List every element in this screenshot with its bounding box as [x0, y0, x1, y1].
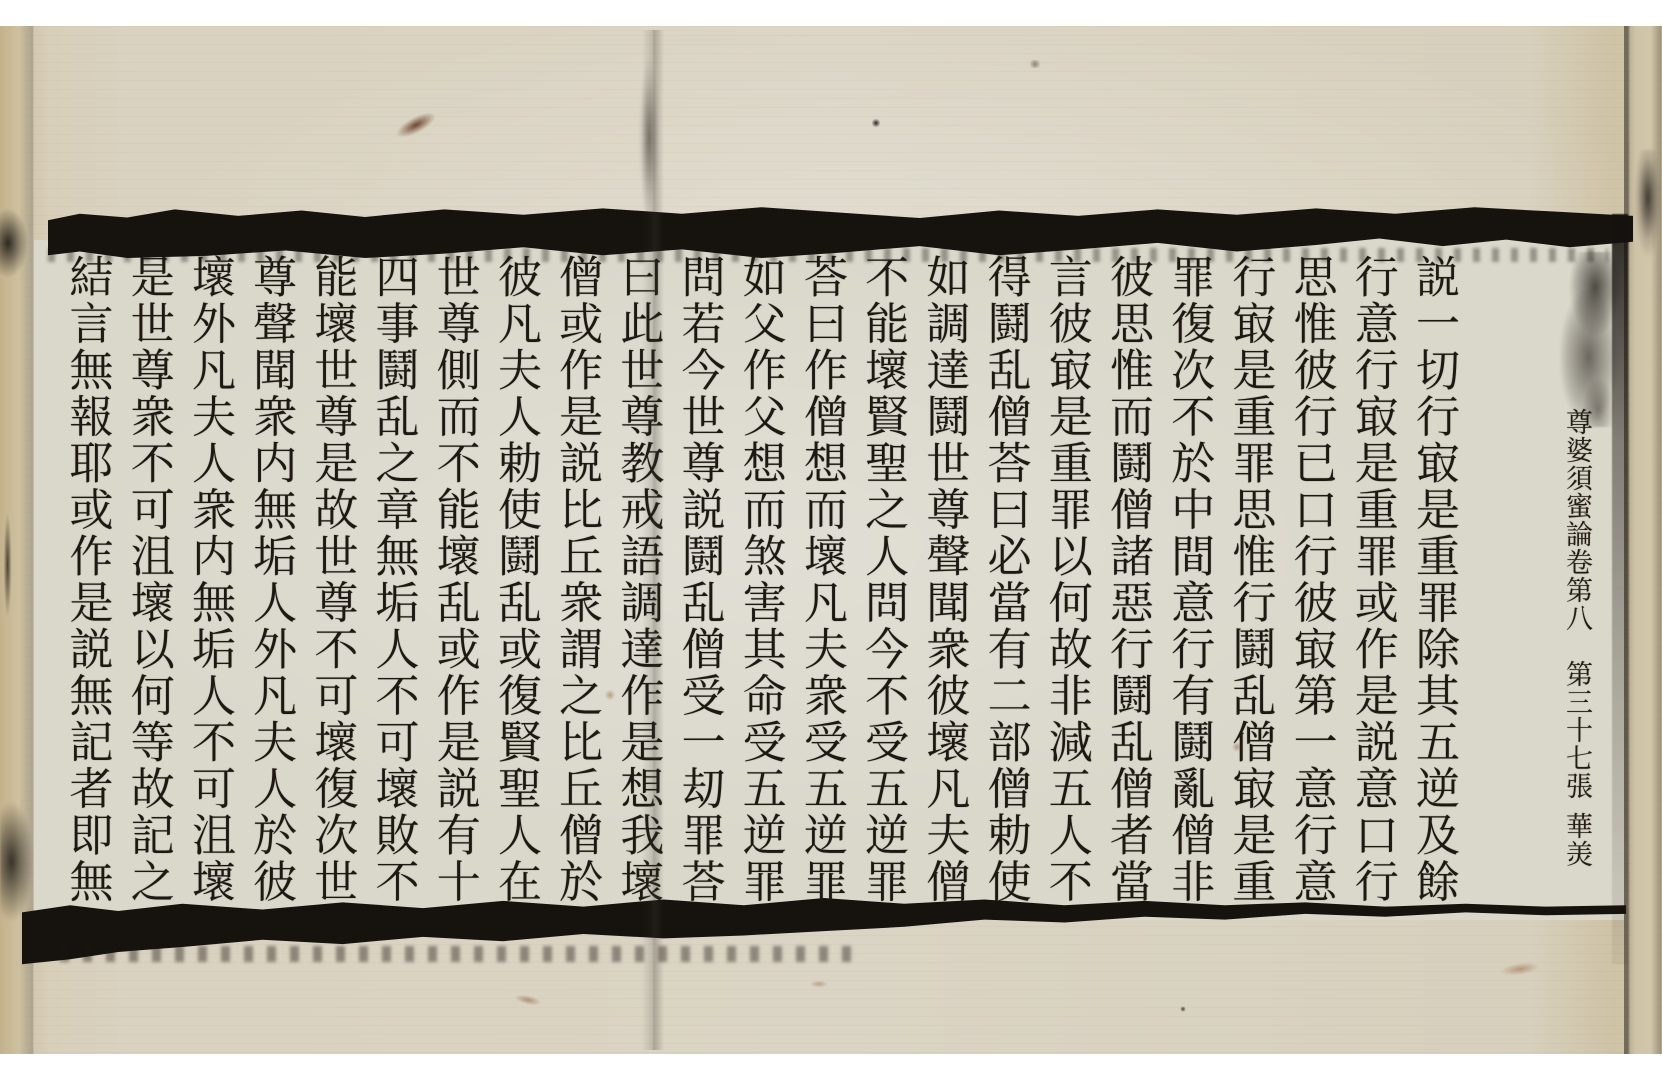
margin-label-column: 尊婆須蜜論卷第八第三十七張華羙 — [1548, 408, 1604, 878]
sheet-number: 第三十七張 — [1561, 660, 1592, 800]
text-column: 僧或作是説比丘衆謂之比丘僧於 — [546, 254, 607, 914]
text-column: 如調達鬪世尊聲聞衆彼壞凡夫僧 — [913, 254, 974, 914]
text-column: 言彼㝡是重罪以何故非減五人不 — [1036, 254, 1097, 914]
text-column: 彼凡夫人勅使鬪乱或復賢聖人在 — [485, 254, 546, 914]
text-column: 如父作父想而煞害其命受五逆罪 — [730, 254, 791, 914]
text-column: 四事鬪乱之章無垢人不可壞敗不 — [362, 254, 423, 914]
text-column: 思惟彼行已口行彼㝡第一意行意 — [1280, 254, 1341, 914]
right-fold-edge — [1624, 26, 1662, 1054]
scanned-sutra-page: 説一切行㝡是重罪除其五逆及餘行意行㝡是重罪或作是説意口行思惟彼行已口行彼㝡第一意… — [0, 0, 1662, 1080]
scroll-title: 尊婆須蜜論卷第八 — [1561, 408, 1592, 632]
text-column: 是世尊衆不可沮壞以何等故記之 — [118, 254, 179, 914]
text-column: 問若今世尊説鬪乱僧受一刧罪荅 — [668, 254, 729, 914]
text-column: 能壞世尊是故世尊不可壞復次世 — [301, 254, 362, 914]
left-fold-edge — [0, 26, 34, 1054]
text-column: 尊聲聞衆内無垢人外凡夫人於彼 — [240, 254, 301, 914]
text-column: 行㝡是重罪思惟行鬪乱僧㝡是重 — [1219, 254, 1280, 914]
text-column: 不能壞賢聖之人問今不受五逆罪 — [852, 254, 913, 914]
case-mark: 華羙 — [1561, 812, 1592, 868]
text-column: 荅曰作僧想而壞凡夫衆受五逆罪 — [791, 254, 852, 914]
text-column: 壞外凡夫人衆内無垢人不可沮壞 — [179, 254, 240, 914]
text-column: 世尊側而不能壞乱或作是説有十 — [424, 254, 485, 914]
text-column: 彼思惟而鬪僧諸惡行鬪乱僧者當 — [1097, 254, 1158, 914]
text-column: 罪復次不於中間意行有鬪亂僧非 — [1158, 254, 1219, 914]
text-column: 得鬪乱僧荅曰必當有二部僧勅使 — [974, 254, 1035, 914]
text-column: 行意行㝡是重罪或作是説意口行 — [1342, 254, 1403, 914]
text-column: 曰此世尊教戒語調達作是想我壞 — [607, 254, 668, 914]
bottom-border-haze — [60, 946, 860, 962]
text-column: 結言無報耶或作是説無記者即無 — [56, 254, 117, 914]
right-border-line — [1612, 214, 1628, 964]
text-column: 説一切行㝡是重罪除其五逆及餘 — [1403, 254, 1464, 914]
sutra-text-columns: 説一切行㝡是重罪除其五逆及餘行意行㝡是重罪或作是説意口行思惟彼行已口行彼㝡第一意… — [56, 254, 1464, 914]
